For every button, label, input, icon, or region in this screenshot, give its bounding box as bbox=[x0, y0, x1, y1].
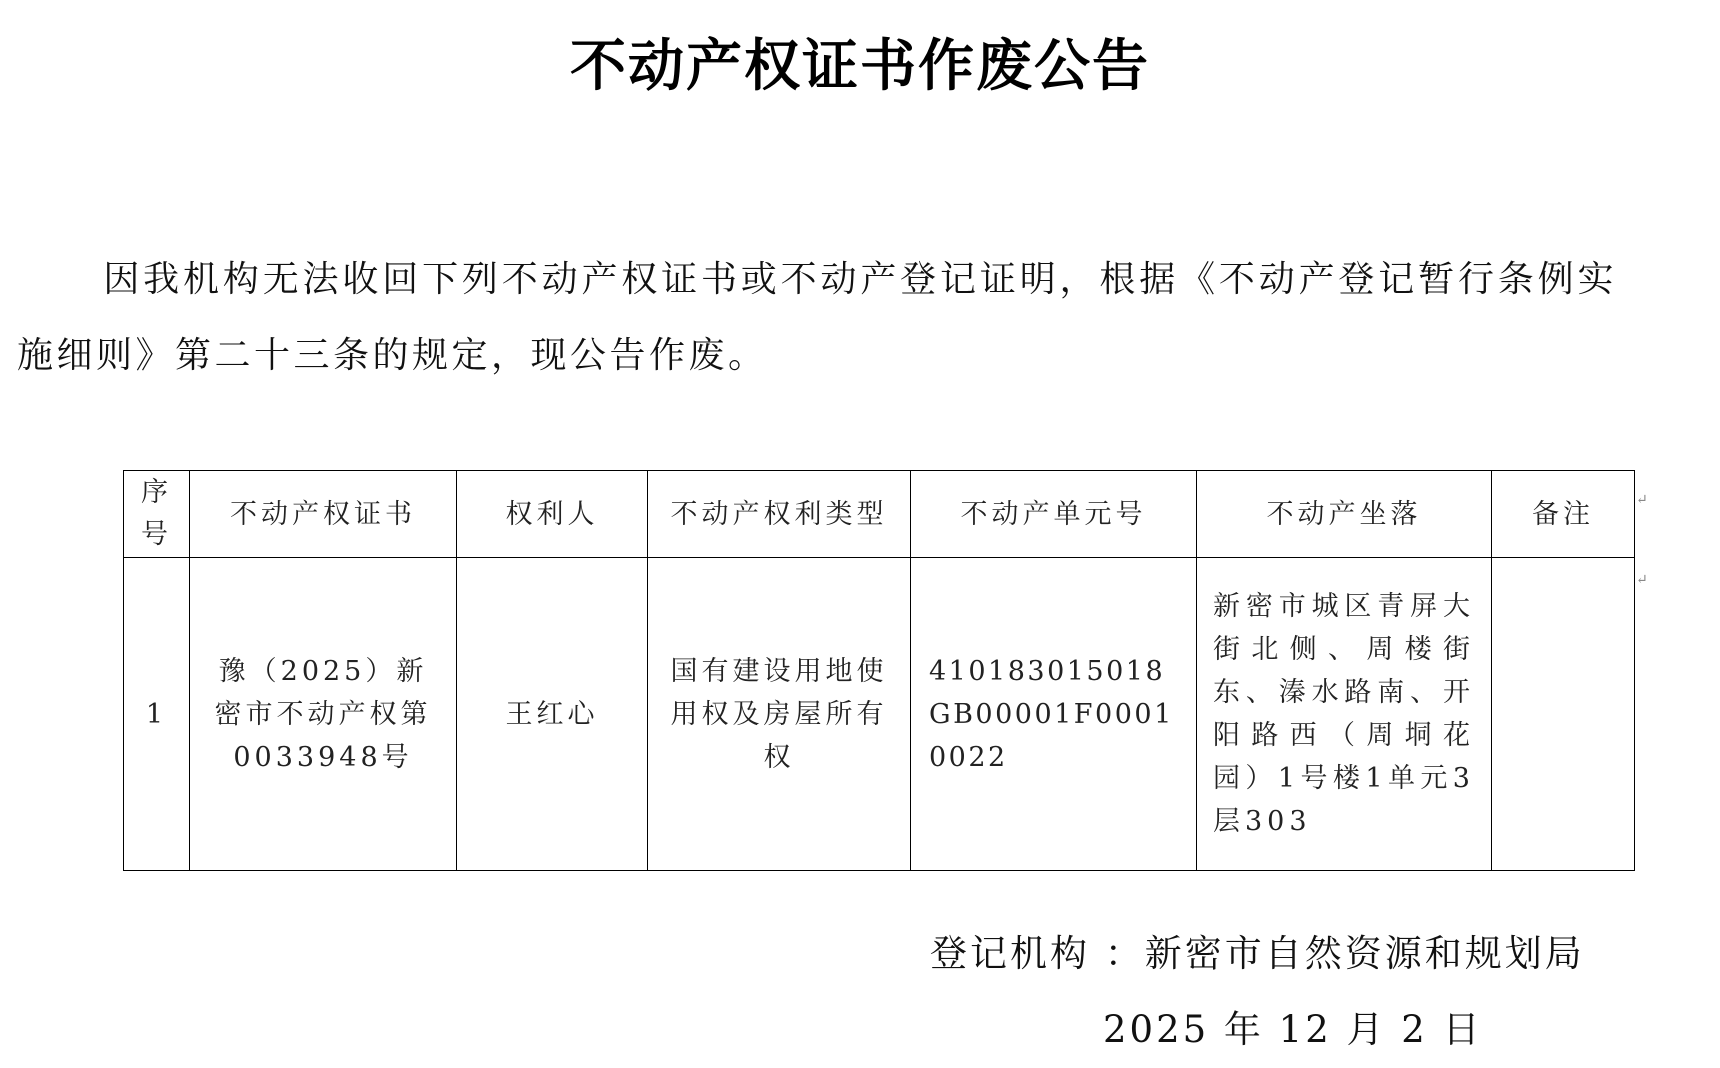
cell-certificate: 豫（2025）新密市不动产权第0033948号 bbox=[190, 558, 457, 871]
cell-location: 新密市城区青屏大街北侧、周楼街东、溱水路南、开阳路西（周垌花园）1号楼1单元3层… bbox=[1197, 558, 1492, 871]
header-unit-no: 不动产单元号 bbox=[911, 471, 1197, 558]
table-header-row: 序号 不动产权证书 权利人 不动产权利类型 不动产单元号 不动产坐落 备注 bbox=[124, 471, 1635, 558]
cell-seq: 1 bbox=[124, 558, 190, 871]
cell-right-type: 国有建设用地使用权及房屋所有权 bbox=[648, 558, 911, 871]
unit-no-text: 410183015018GB00001F00010022 bbox=[929, 656, 1174, 773]
notice-date: 2025 年 12 月 2 日 bbox=[1103, 1004, 1483, 1056]
notice-paragraph: 因我机构无法收回下列不动产权证书或不动产登记证明，根据《不动产登记暂行条例实施细… bbox=[17, 242, 1617, 394]
paragraph-mark-icon: ↵ bbox=[1636, 572, 1648, 588]
document-title: 不动产权证书作废公告 bbox=[0, 34, 1720, 98]
paragraph-mark-icon: ↵ bbox=[1636, 492, 1648, 508]
notice-paragraph-text: 因我机构无法收回下列不动产权证书或不动产登记证明，根据《不动产登记暂行条例实施细… bbox=[17, 259, 1617, 376]
cell-remarks bbox=[1492, 558, 1635, 871]
cell-holder: 王红心 bbox=[457, 558, 648, 871]
header-seq: 序号 bbox=[124, 471, 190, 558]
table-row: 1 豫（2025）新密市不动产权第0033948号 王红心 国有建设用地使用权及… bbox=[124, 558, 1635, 871]
cell-unit-no: 410183015018GB00001F00010022 bbox=[911, 558, 1197, 871]
header-certificate: 不动产权证书 bbox=[190, 471, 457, 558]
header-holder: 权利人 bbox=[457, 471, 648, 558]
registration-agency: 登记机构 ：新密市自然资源和规划局 bbox=[930, 928, 1585, 980]
header-right-type: 不动产权利类型 bbox=[648, 471, 911, 558]
header-remarks: 备注 bbox=[1492, 471, 1635, 558]
voided-certificates-table: 序号 不动产权证书 权利人 不动产权利类型 不动产单元号 不动产坐落 备注 1 … bbox=[123, 470, 1635, 871]
header-location: 不动产坐落 bbox=[1197, 471, 1492, 558]
